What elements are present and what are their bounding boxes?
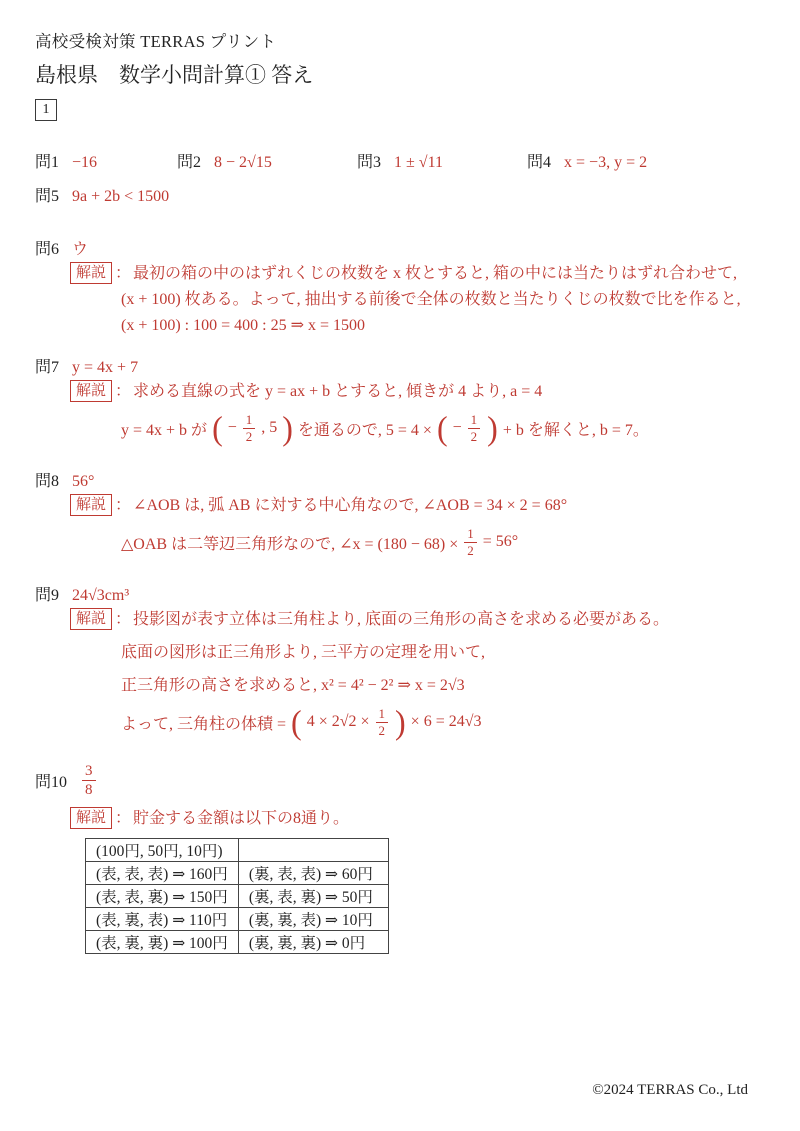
print-series-title: 高校受検対策 TERRAS プリント xyxy=(35,28,765,52)
left-paren: ( xyxy=(437,413,448,443)
table-cell: (裏, 裏, 裏) ⇒ 0円 xyxy=(238,931,388,954)
answer-value: y = 4x + 7 xyxy=(72,359,138,377)
math-text: + b を解くと, b = 7。 xyxy=(503,417,649,440)
kaisetsu-colon: ： xyxy=(115,807,131,830)
kaisetsu-badge: 解説 xyxy=(70,608,112,630)
question-10: 問10 3 8 xyxy=(35,762,765,799)
explanation-text: 貯金する金額は以下の8通り。 xyxy=(133,807,349,830)
fraction-denominator: 2 xyxy=(464,543,477,559)
explanation-line: 解説 ： 求める直線の式を y = ax + b とすると, 傾きが 4 より,… xyxy=(35,380,765,403)
table-row: (100円, 50円, 10円) xyxy=(86,839,389,862)
question-label: 問6 xyxy=(35,236,59,259)
math-text: , 5 xyxy=(261,419,277,437)
explanation-line: 解説 ： 最初の箱の中のはずれくじの枚数を x 枚とすると, 箱の中には当たりは… xyxy=(35,262,765,285)
answer-fraction: 3 8 xyxy=(82,762,96,799)
answer-value: 24√3cm³ xyxy=(72,587,129,605)
math-text: よって, 三角柱の体積 = xyxy=(121,711,286,734)
math-text: △OAB は二等辺三角形なので, ∠x = (180 − 68) × xyxy=(121,531,458,554)
explanation-line: 解説 ： ∠AOB は, 弧 AB に対する中心角なので, ∠AOB = 34 … xyxy=(35,494,765,517)
table-cell: (裏, 裏, 表) ⇒ 10円 xyxy=(238,908,388,931)
question-6-block: 問6 ウ 解説 ： 最初の箱の中のはずれくじの枚数を x 枚とすると, 箱の中に… xyxy=(35,236,765,337)
question-6: 問6 ウ xyxy=(35,236,765,259)
worksheet-page: 高校受検対策 TERRAS プリント 島根県 数学小問計算① 答え 1 問1 −… xyxy=(0,0,800,1131)
explanation-line: (x + 100) : 100 = 400 : 25 ⇒ x = 1500 xyxy=(35,314,765,337)
table-cell: (表, 表, 裏) ⇒ 150円 xyxy=(86,885,239,908)
kaisetsu-badge: 解説 xyxy=(70,807,112,829)
table-row: (表, 裏, 表) ⇒ 110円 (裏, 裏, 表) ⇒ 10円 xyxy=(86,908,389,931)
math-text: × 6 = 24√3 xyxy=(411,713,482,731)
answer-value: 9a + 2b < 1500 xyxy=(72,188,169,206)
question-9-block: 問9 24√3cm³ 解説 ： 投影図が表す立体は三角柱より, 底面の三角形の高… xyxy=(35,582,765,745)
question-10-block: 問10 3 8 解説 ： 貯金する金額は以下の8通り。 (100円, 50円, … xyxy=(35,762,765,954)
question-3: 問3 1 ± √11 xyxy=(357,149,527,172)
fraction-numerator: 3 xyxy=(82,762,96,781)
question-label: 問7 xyxy=(35,354,59,377)
explanation-line: 底面の図形は正三角形より, 三平方の定理を用いて, xyxy=(35,641,765,664)
minus-sign: − xyxy=(453,419,462,437)
answer-value: −16 xyxy=(72,154,97,172)
answers-row: 問1 −16 問2 8 − 2√15 問3 1 ± √11 問4 x = −3,… xyxy=(35,149,765,172)
question-label: 問1 xyxy=(35,149,59,172)
kaisetsu-badge: 解説 xyxy=(70,262,112,284)
kaisetsu-colon: ： xyxy=(115,380,131,403)
math-text: を通るので, 5 = 4 × xyxy=(298,417,432,440)
question-7-block: 問7 y = 4x + 7 解説 ： 求める直線の式を y = ax + b と… xyxy=(35,354,765,451)
fraction-numerator: 1 xyxy=(376,706,389,723)
explanation-math-line: y = 4x + b が ( − 1 2 , 5 ) を通るので, 5 = 4 … xyxy=(35,405,765,451)
section-number-box: 1 xyxy=(35,99,57,121)
explanation-math-line: △OAB は二等辺三角形なので, ∠x = (180 − 68) × 1 2 =… xyxy=(35,519,765,565)
question-label: 問3 xyxy=(357,149,381,172)
fraction-denominator: 2 xyxy=(243,429,256,445)
table-cell: (表, 表, 表) ⇒ 160円 xyxy=(86,862,239,885)
math-text: 4 × 2√2 × xyxy=(307,713,370,731)
question-8: 問8 56° xyxy=(35,468,765,491)
fraction-denominator: 8 xyxy=(82,781,96,799)
explanation-text: ∠AOB は, 弧 AB に対する中心角なので, ∠AOB = 34 × 2 =… xyxy=(133,494,567,517)
table-row: (表, 裏, 裏) ⇒ 100円 (裏, 裏, 裏) ⇒ 0円 xyxy=(86,931,389,954)
fraction-numerator: 1 xyxy=(243,412,256,429)
table-cell: (100円, 50円, 10円) xyxy=(86,839,239,862)
explanation-line: 解説 ： 貯金する金額は以下の8通り。 xyxy=(35,807,765,830)
savings-outcomes-table: (100円, 50円, 10円) (表, 表, 表) ⇒ 160円 (裏, 表,… xyxy=(85,838,389,954)
explanation-text: (x + 100) : 100 = 400 : 25 ⇒ x = 1500 xyxy=(121,317,365,334)
kaisetsu-colon: ： xyxy=(115,494,131,517)
question-4: 問4 x = −3, y = 2 xyxy=(527,149,765,172)
explanation-text: 投影図が表す立体は三角柱より, 底面の三角形の高さを求める必要がある。 xyxy=(133,608,669,631)
table-cell: (表, 裏, 表) ⇒ 110円 xyxy=(86,908,239,931)
question-label: 問5 xyxy=(35,183,59,206)
fraction: 1 2 xyxy=(376,706,389,738)
fraction-denominator: 2 xyxy=(468,429,481,445)
fraction-denominator: 2 xyxy=(376,723,389,739)
answer-value: 8 − 2√15 xyxy=(214,154,272,172)
right-paren: ) xyxy=(487,413,498,443)
fraction: 1 2 xyxy=(468,412,481,444)
kaisetsu-badge: 解説 xyxy=(70,380,112,402)
explanation-text: (x + 100) 枚ある。よって, 抽出する前後で全体の枚数と当たりくじの枚数… xyxy=(121,291,741,308)
explanation-line: 解説 ： 投影図が表す立体は三角柱より, 底面の三角形の高さを求める必要がある。 xyxy=(35,608,765,631)
kaisetsu-badge: 解説 xyxy=(70,494,112,516)
table-row: (表, 表, 裏) ⇒ 150円 (裏, 表, 裏) ⇒ 50円 xyxy=(86,885,389,908)
question-9: 問9 24√3cm³ xyxy=(35,582,765,605)
question-label: 問8 xyxy=(35,468,59,491)
question-label: 問2 xyxy=(177,149,201,172)
fraction-numerator: 1 xyxy=(464,526,477,543)
question-1: 問1 −16 xyxy=(35,149,177,172)
question-label: 問10 xyxy=(35,769,67,792)
explanation-line: 正三角形の高さを求めると, x² = 4² − 2² ⇒ x = 2√3 xyxy=(35,674,765,697)
question-7: 問7 y = 4x + 7 xyxy=(35,354,765,377)
table-cell: (裏, 表, 裏) ⇒ 50円 xyxy=(238,885,388,908)
fraction-numerator: 1 xyxy=(468,412,481,429)
answer-value: x = −3, y = 2 xyxy=(564,154,647,172)
copyright-notice: ©2024 TERRAS Co., Ltd xyxy=(592,1082,748,1099)
right-paren: ) xyxy=(395,707,406,737)
left-paren: ( xyxy=(291,707,302,737)
right-paren: ) xyxy=(282,413,293,443)
question-5: 問5 9a + 2b < 1500 xyxy=(35,183,765,206)
explanation-text: 最初の箱の中のはずれくじの枚数を x 枚とすると, 箱の中には当たりはずれ合わせ… xyxy=(133,262,737,285)
answer-value: 56° xyxy=(72,473,94,491)
kaisetsu-colon: ： xyxy=(115,262,131,285)
explanation-text: 求める直線の式を y = ax + b とすると, 傾きが 4 より, a = … xyxy=(133,380,542,403)
table-cell xyxy=(238,839,388,862)
answer-value: 1 ± √11 xyxy=(394,154,443,172)
explanation-line: (x + 100) 枚ある。よって, 抽出する前後で全体の枚数と当たりくじの枚数… xyxy=(35,288,765,311)
page-title: 島根県 数学小問計算① 答え xyxy=(35,59,765,89)
table-row: (表, 表, 表) ⇒ 160円 (裏, 表, 表) ⇒ 60円 xyxy=(86,862,389,885)
minus-sign: − xyxy=(228,419,237,437)
fraction: 1 2 xyxy=(243,412,256,444)
math-text: y = 4x + b が xyxy=(121,417,207,440)
question-8-block: 問8 56° 解説 ： ∠AOB は, 弧 AB に対する中心角なので, ∠AO… xyxy=(35,468,765,565)
table-cell: (表, 裏, 裏) ⇒ 100円 xyxy=(86,931,239,954)
table-cell: (裏, 表, 表) ⇒ 60円 xyxy=(238,862,388,885)
question-2: 問2 8 − 2√15 xyxy=(177,149,357,172)
explanation-text: 正三角形の高さを求めると, x² = 4² − 2² ⇒ x = 2√3 xyxy=(121,677,465,694)
answer-value: ウ xyxy=(72,236,88,259)
kaisetsu-colon: ： xyxy=(115,608,131,631)
left-paren: ( xyxy=(212,413,223,443)
explanation-math-line: よって, 三角柱の体積 = ( 4 × 2√2 × 1 2 ) × 6 = 24… xyxy=(35,699,765,745)
question-label: 問4 xyxy=(527,149,551,172)
explanation-text: 底面の図形は正三角形より, 三平方の定理を用いて, xyxy=(121,644,485,661)
fraction: 1 2 xyxy=(464,526,477,558)
question-label: 問9 xyxy=(35,582,59,605)
math-text: = 56° xyxy=(483,533,518,551)
